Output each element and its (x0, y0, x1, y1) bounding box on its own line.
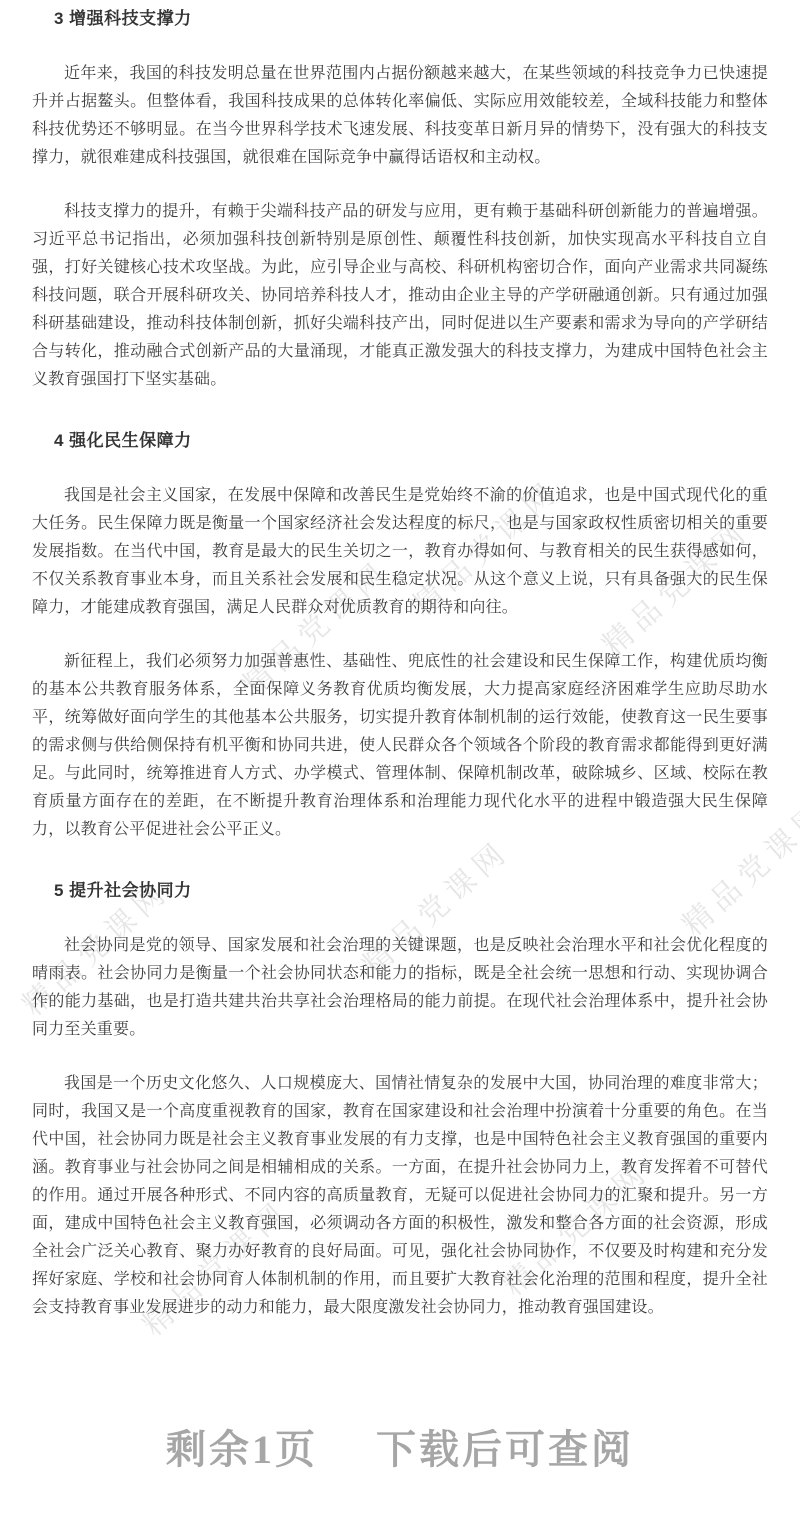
document-content: 3 增强科技支撑力 近年来，我国的科技发明总量在世界范围内占据份额越来越大，在某… (0, 0, 800, 1322)
section-heading-3: 3 增强科技支撑力 (32, 8, 768, 30)
section-heading-4: 4 强化民生保障力 (32, 430, 768, 452)
remaining-pages-label: 剩余1页 (166, 1418, 318, 1475)
remaining-pages-banner: 剩余1页 下载后可查阅 (0, 1418, 800, 1475)
paragraph: 新征程上，我们必须努力加强普惠性、基础性、兜底性的社会建设和民生保障工作，构建优… (32, 648, 768, 844)
paragraph: 我国是一个历史文化悠久、人口规模庞大、国情社情复杂的发展中大国，协同治理的难度非… (32, 1070, 768, 1322)
paragraph: 近年来，我国的科技发明总量在世界范围内占据份额越来越大，在某些领域的科技竞争力已… (32, 60, 768, 172)
download-hint-label: 下载后可查阅 (376, 1418, 634, 1475)
paragraph: 社会协同是党的领导、国家发展和社会治理的关键课题，也是反映社会治理水平和社会优化… (32, 932, 768, 1044)
paragraph: 科技支撑力的提升，有赖于尖端科技产品的研发与应用，更有赖于基础科研创新能力的普遍… (32, 198, 768, 394)
document-preview-page: 精品党课网精品党课网精品党课网精品党课网精品党课网精品党课网精品党课网精品党课网… (0, 0, 800, 1522)
paragraph: 我国是社会主义国家，在发展中保障和改善民生是党始终不渝的价值追求，也是中国式现代… (32, 482, 768, 622)
section-heading-5: 5 提升社会协同力 (32, 880, 768, 902)
